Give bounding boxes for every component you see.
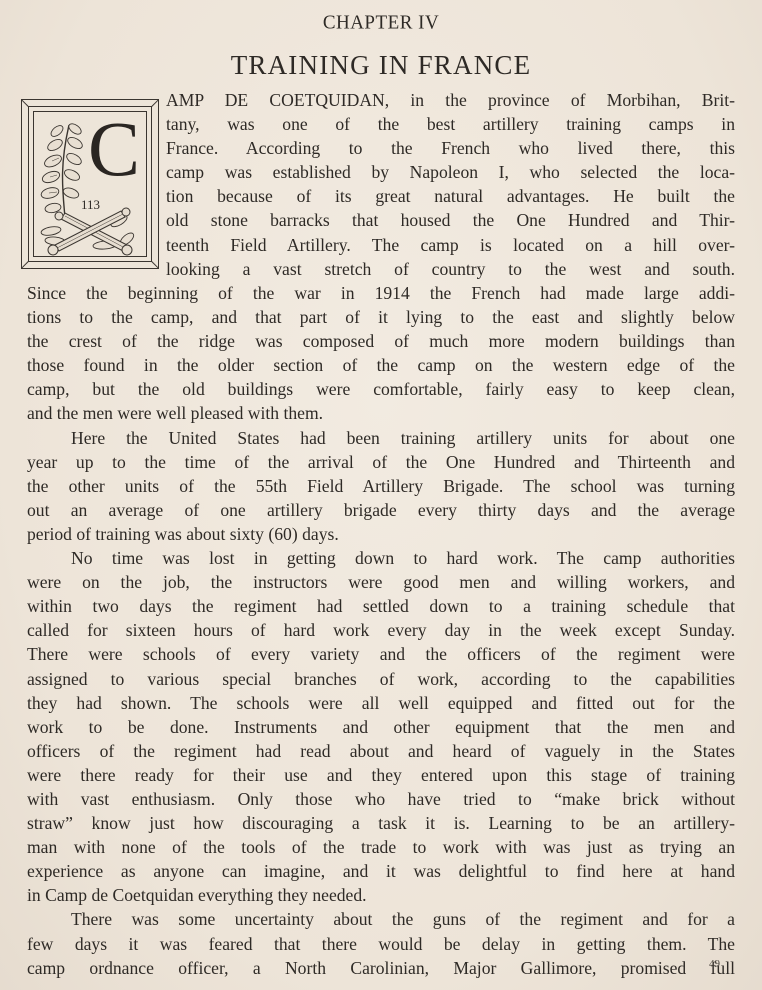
chapter-title: TRAINING IN FRANCE (0, 50, 762, 81)
text-line: old stone barracks that housed the One H… (166, 208, 735, 232)
text-line: camp ordnance officer, a North Carolinia… (27, 956, 735, 980)
chapter-label: CHAPTER IV (0, 11, 762, 34)
text-line: those found in the older section of the … (27, 353, 735, 377)
text-line: looking a vast stretch of country to the… (166, 257, 735, 281)
text-line: tions to the camp, and that part of it l… (27, 305, 735, 329)
text-line: teenth Field Artillery. The camp is loca… (166, 233, 735, 257)
text-line: tany, was one of the best artillery trai… (166, 112, 735, 136)
text-line: France. According to the French who live… (166, 136, 735, 160)
body-text: Since the beginning of the war in 1914 t… (27, 281, 735, 980)
text-line: AMP DE COETQUIDAN, in the province of Mo… (166, 88, 735, 112)
text-line: in Camp de Coetquidan everything they ne… (27, 883, 735, 907)
text-line: No time was lost in getting down to hard… (27, 546, 735, 570)
text-line: camp was established by Napoleon I, who … (166, 160, 735, 184)
text-line: and the men were well pleased with them. (27, 401, 735, 425)
text-line: experience as anyone can imagine, and it… (27, 859, 735, 883)
text-line: the other units of the 55th Field Artill… (27, 474, 735, 498)
text-line: There was some uncertainty about the gun… (27, 907, 735, 931)
text-line: camp, but the old buildings were comfort… (27, 377, 735, 401)
page-number: 49 (709, 958, 720, 970)
text-line: period of training was about sixty (60) … (27, 522, 735, 546)
text-line: were there ready for their use and they … (27, 763, 735, 787)
text-line: called for sixteen hours of hard work ev… (27, 618, 735, 642)
text-line: assigned to various special branches of … (27, 667, 735, 691)
text-line: the crest of the ridge was composed of m… (27, 329, 735, 353)
text-line: were on the job, the instructors were go… (27, 570, 735, 594)
text-line: Since the beginning of the war in 1914 t… (27, 281, 735, 305)
text-line: officers of the regiment had read about … (27, 739, 735, 763)
text-line: few days it was feared that there would … (27, 932, 735, 956)
text-line: man with none of the tools of the trade … (27, 835, 735, 859)
text-line: within two days the regiment had settled… (27, 594, 735, 618)
text-line: year up to the time of the arrival of th… (27, 450, 735, 474)
book-page: CHAPTER IV TRAINING IN FRANCE (0, 0, 762, 990)
svg-text:113: 113 (81, 197, 100, 212)
drop-cap-ornament: 113 C (21, 99, 159, 269)
text-line: Here the United States had been training… (27, 426, 735, 450)
text-line: they had shown. The schools were all wel… (27, 691, 735, 715)
text-line: work to be done. Instruments and other e… (27, 715, 735, 739)
text-line: straw” know just how discouraging a task… (27, 811, 735, 835)
opening-paragraph-wrapped: AMP DE COETQUIDAN, in the province of Mo… (166, 88, 735, 281)
text-line: with vast enthusiasm. Only those who hav… (27, 787, 735, 811)
drop-cap-letter: C (88, 110, 140, 188)
text-line: tion because of its great natural advant… (166, 184, 735, 208)
text-line: out an average of one artillery brigade … (27, 498, 735, 522)
text-line: There were schools of every variety and … (27, 642, 735, 666)
